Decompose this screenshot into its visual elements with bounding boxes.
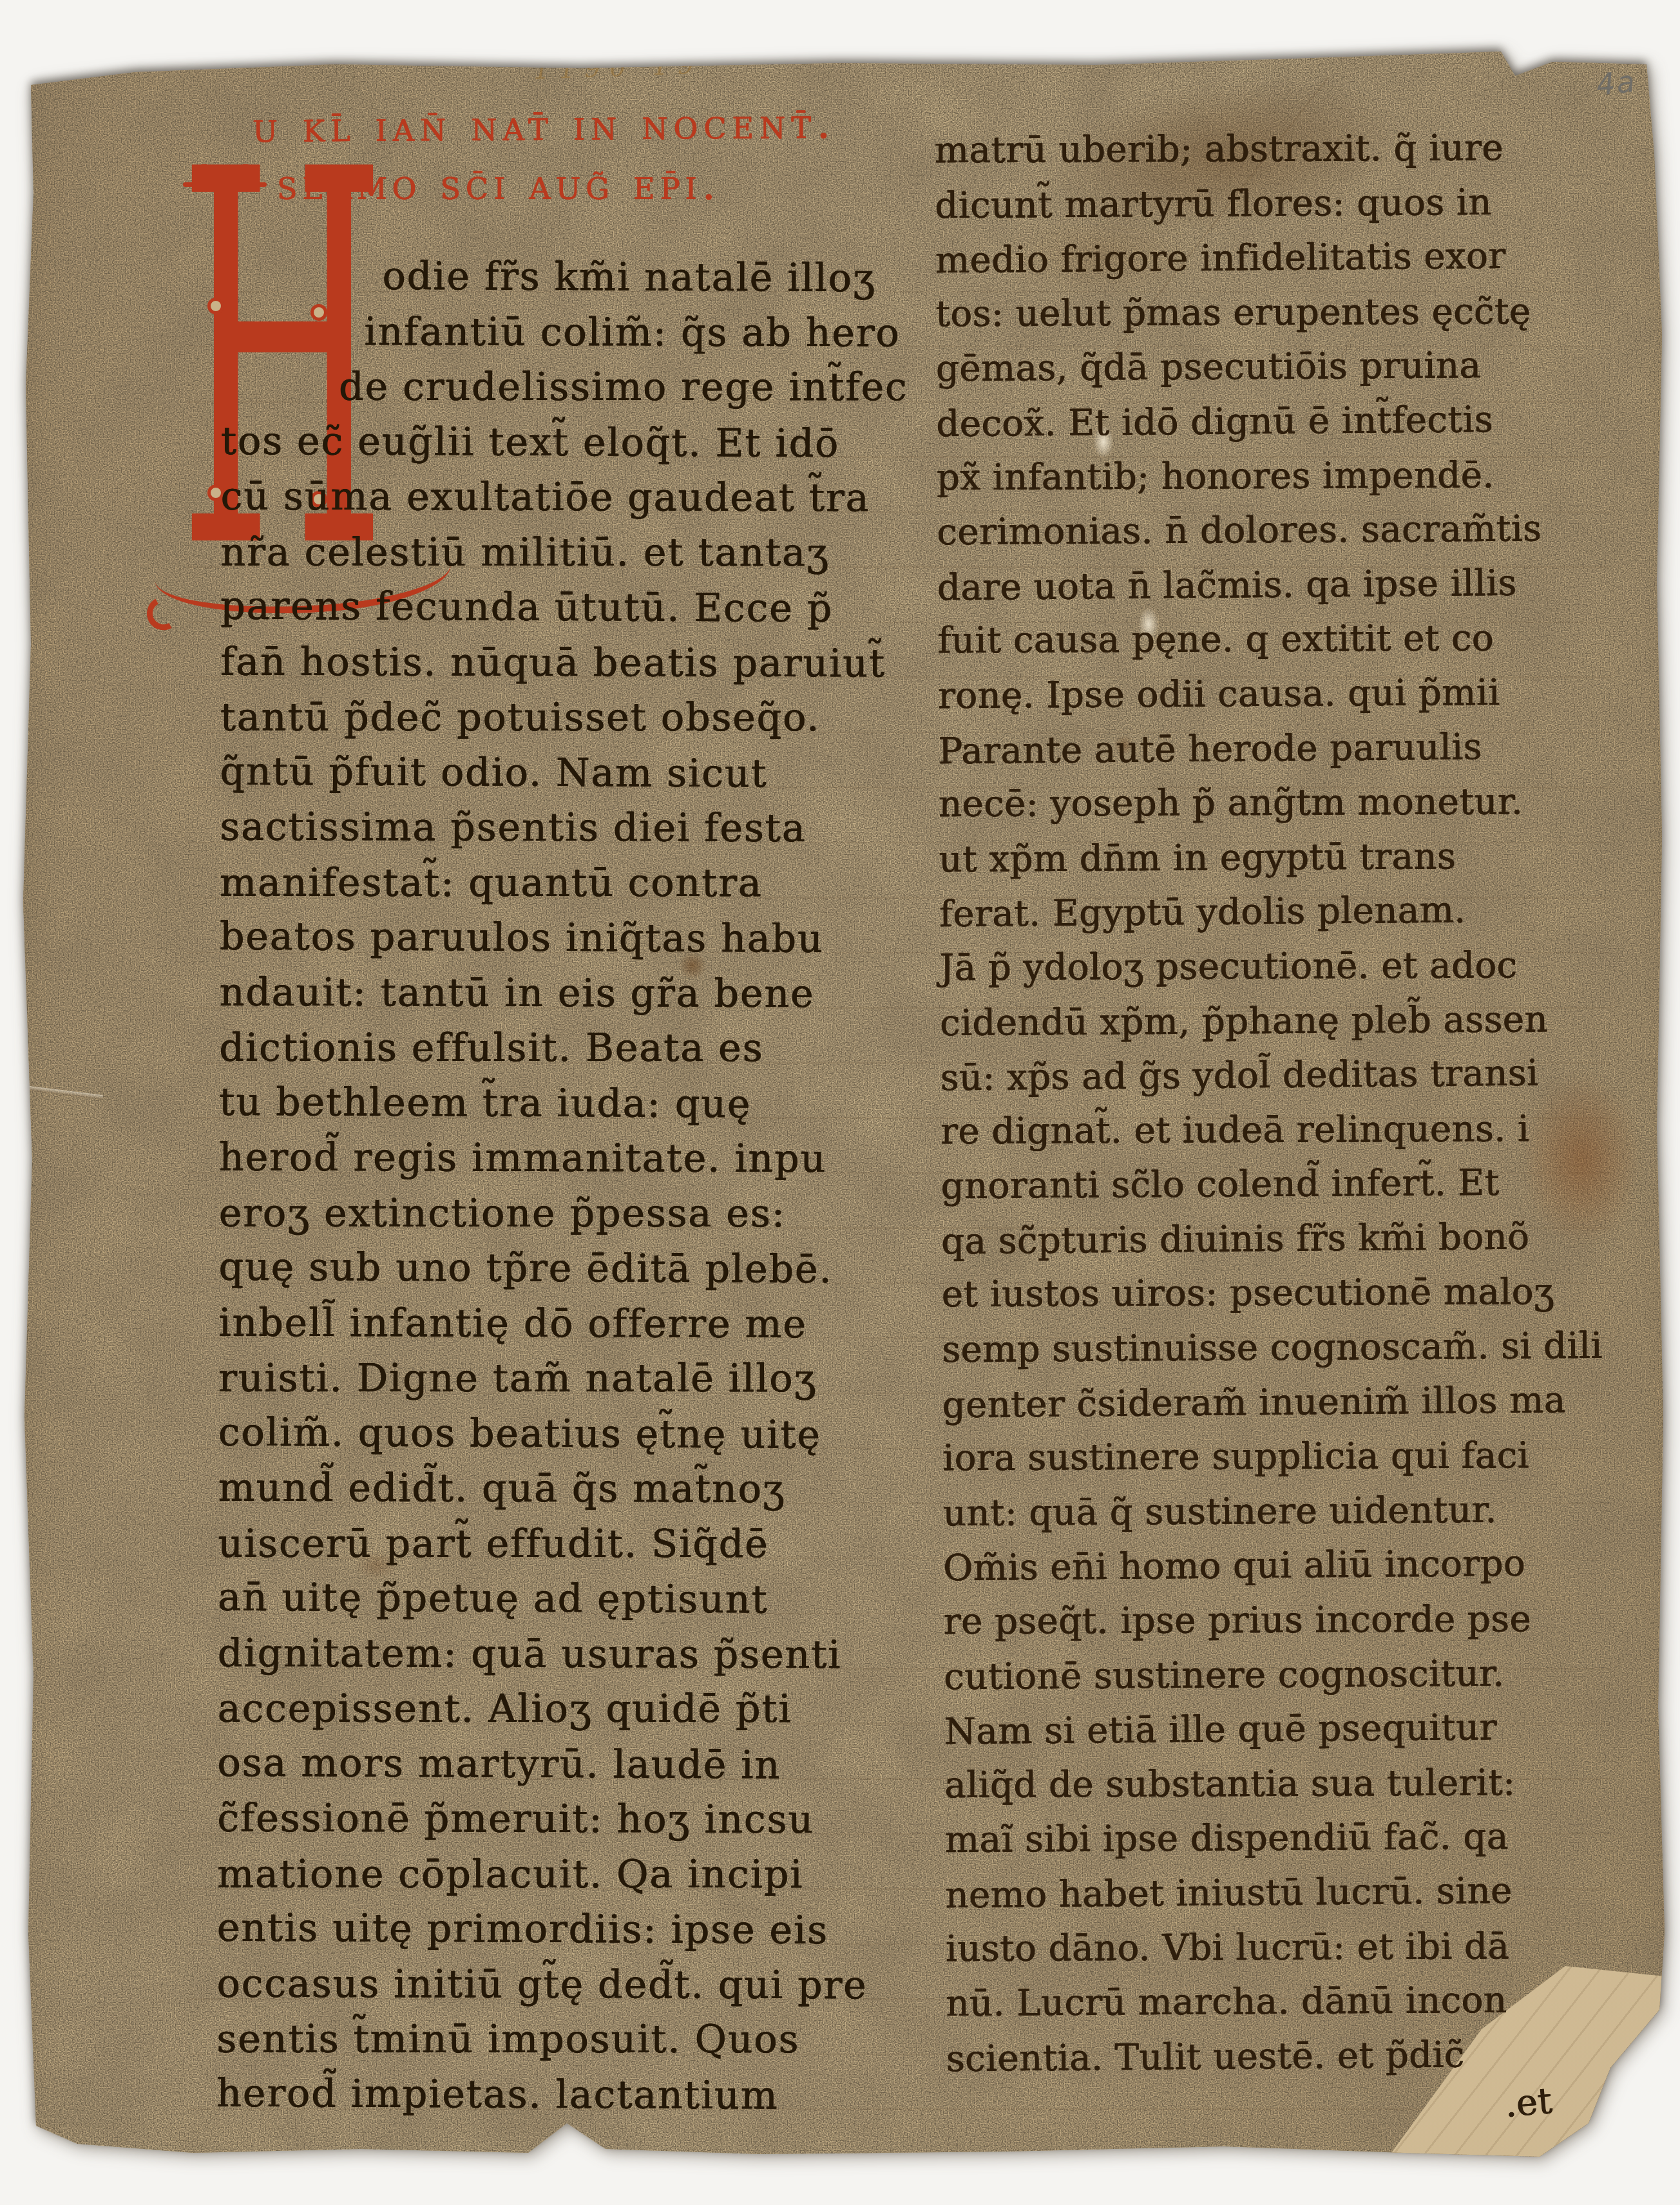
scan-background: 1190 19 4a u kl̄ ian̄ nat̄ in nocent̄. s… — [0, 0, 1680, 2205]
manuscript-text-line: quę sub uno tp̃re ēditā plebē. — [218, 1240, 875, 1298]
manuscript-text-line: ndauit: tantū in eis gr̃a bene — [220, 965, 877, 1022]
manuscript-text-line: px̃ infantib; honores impendē. — [937, 448, 1600, 505]
manuscript-text-line: re dignat̃. et iudeā relinquens. i — [940, 1102, 1604, 1159]
manuscript-text-line: infantiū colim̃: q̃s ab hero — [221, 304, 878, 361]
manuscript-text-line: maĩ sibi ipse dispendiū fac̃. qa — [945, 1809, 1608, 1868]
manuscript-text-line: tos: uelut p̃mas erupentes ęcc̃tę — [935, 285, 1599, 342]
manuscript-text-line: tantū p̃dec̃ potuisset obseq̃o. — [220, 691, 877, 746]
manuscript-text-line: eroʒ extinctione p̃pessa es: — [219, 1186, 876, 1241]
manuscript-text-line: matrū uberib; abstraxit. q̃ iure — [935, 121, 1598, 178]
manuscript-text-line: decox̃. Et idō dignū ē int̃fectis — [936, 392, 1600, 452]
manuscript-text-line: unt: quā q̃ sustinere uidentur. — [943, 1483, 1607, 1542]
manuscript-text-line: dare uota n̄ lac̃mis. qa ipse illis — [937, 556, 1601, 616]
manuscript-text-line: dignitatem: quā usuras p̃senti — [218, 1626, 875, 1683]
manuscript-text-line: ut xp̃m dn̄m in egyptū trans — [939, 829, 1602, 888]
manuscript-text-line: uiscerū part̃ effudit. Siq̃dē — [218, 1516, 875, 1572]
manuscript-text-line: Nam si etiā ille quē psequitur — [944, 1700, 1608, 1760]
manuscript-text-line: necē: yoseph p̃ ang̃tm monetur. — [939, 775, 1602, 832]
manuscript-text-line: fuit causa pęne. q extitit et co — [937, 611, 1601, 669]
manuscript-text-line: Om̃is en̄i homo qui aliū incorpo — [943, 1536, 1607, 1596]
manuscript-text-line: cidendū xp̃m, p̃phanę pleb̃ assen — [940, 992, 1603, 1051]
manuscript-text-line: qa sc̃pturis diuinis fr̃s km̃i bonõ — [941, 1210, 1605, 1270]
manuscript-text-line: dicunt̃ martyrū flores: quos in — [935, 175, 1598, 233]
manuscript-text-line: ronę. Ipse odii causa. qui p̃mii — [938, 665, 1601, 724]
manuscript-text-line: q̃ntū p̃fuit odio. Nam sicut — [220, 744, 877, 802]
manuscript-text-line: gnoranti sc̃lo colend̃ infert̃. Et — [941, 1156, 1605, 1214]
folio-number-pencil: 4a — [1594, 64, 1637, 102]
manuscript-text-line: an̄ uitę p̃petuę ad ęptisunt — [218, 1570, 875, 1628]
manuscript-text-line: nr̃a celestiū militiū. et tantaʒ — [221, 525, 878, 580]
manuscript-text-line: osa mors martyrū. laudē in — [217, 1735, 874, 1793]
catchword: .et — [1503, 2080, 1554, 2126]
manuscript-text-line: scientia. Tulit uestē. et p̃dic̃ — [946, 2027, 1610, 2087]
parchment-leaf: 1190 19 4a u kl̄ ian̄ nat̄ in nocent̄. s… — [0, 0, 1680, 2205]
faded-inscription: 1190 19 — [533, 50, 703, 85]
manuscript-text-line: mund̃ edid̃t. quā q̃s mat̃noʒ — [218, 1461, 875, 1518]
manuscript-text-line: occasus initiū gt̃ę ded̃t. qui pre — [217, 1956, 874, 2013]
manuscript-text-line: ruisti. Digne tam̃ natalē illoʒ — [218, 1351, 875, 1407]
manuscript-text-line: nemo habet iniustū lucrū. sine — [945, 1864, 1609, 1923]
manuscript-text-line: matione cōplacuit. Qa incipi — [217, 1847, 874, 1902]
manuscript-text-line: colim̃. quos beatius ęt̃nę uitę — [218, 1405, 875, 1463]
manuscript-text-line: Parante autē herode paruulis — [938, 719, 1602, 779]
manuscript-text-line: beatos paruulos iniq̃tas habu — [220, 910, 877, 968]
manuscript-text-line: manifestat̃: quantū contra — [220, 855, 877, 911]
manuscript-text-line: nū. Lucrū marcha. dānū incon — [946, 1973, 1609, 2032]
manuscript-text-line: dictionis effulsit. Beata es — [220, 1021, 877, 1076]
text-column-right: matrū uberib; abstraxit. q̃ iuredicunt̃ … — [935, 120, 1610, 2086]
manuscript-text-line: herod̃ regis immanitate. inpu — [219, 1131, 876, 1187]
manuscript-text-line: cerimonias. n̄ dolores. sacram̃tis — [937, 502, 1600, 560]
manuscript-text-line: sactissima p̃sentis diei festa — [220, 800, 877, 857]
manuscript-text-line: parens fecunda ūtutū. Ecce p̃ — [220, 579, 877, 637]
manuscript-text-line: genter c̃sideram̃ inuenim̃ illos ma — [942, 1373, 1607, 1433]
manuscript-text-line: Jā p̃ ydoloʒ psecutionē. et adoc — [940, 939, 1603, 996]
manuscript-text-line: sū: xp̃s ad g̃s ydol̃ deditas transi — [940, 1046, 1604, 1106]
manuscript-text-line: semp sustinuisse cognoscam̃. si dili — [942, 1319, 1605, 1378]
manuscript-text-line: iora sustinere supplicia qui faci — [942, 1429, 1606, 1486]
manuscript-text-line: ferat. Egyptū ydolis plenam. — [939, 883, 1603, 942]
manuscript-text-line: cutionē sustinere cognoscitur. — [944, 1646, 1607, 1704]
manuscript-text-line: medio frigore infidelitatis exor — [935, 229, 1599, 289]
manuscript-text-line: et iustos uiros: psecutionē maloʒ — [942, 1265, 1605, 1322]
crease — [19, 1085, 103, 1100]
manuscript-text-line: accepissent. Alioʒ quidē p̃ti — [218, 1682, 875, 1737]
manuscript-text-line: entis uitę primordiis: ipse eis — [217, 1901, 874, 1959]
manuscript-text-line: tos ec̃ eug̃lii text̃ eloq̃t. Et idō — [221, 414, 878, 472]
text-column-left: odie fr̃s km̃i natalē illoʒinfantiū coli… — [216, 249, 879, 2124]
manuscript-text-line: c̃fessionē p̃meruit: hoʒ incsu — [217, 1791, 874, 1848]
manuscript-text-line: tu bethleem t̃ra iuda: quę — [219, 1074, 876, 1132]
manuscript-text-line: aliq̃d de substantia sua tulerit: — [944, 1756, 1608, 1813]
manuscript-text-line: re pseq̃t. ipse prius incorde pse — [944, 1592, 1607, 1650]
manuscript-text-line: sentis t̃minū imposuit. Quos — [217, 2012, 874, 2068]
manuscript-text-line: iusto dāno. Vbi lucrū: et ibi dā — [946, 1919, 1609, 1976]
manuscript-text-line: cū sūma exultatiōe gaudeat t̃ra — [221, 470, 878, 526]
manuscript-text-line: fan̄ hostis. nūquā beatis paruiut̃ — [220, 635, 877, 691]
manuscript-text-line: odie fr̃s km̃i natalē illoʒ — [222, 249, 879, 307]
manuscript-text-line: gēmas, q̃dā psecutiōis pruina — [936, 338, 1599, 397]
manuscript-text-line: herod̃ impietas. lactantium — [216, 2066, 873, 2124]
manuscript-text-line: de crudelissimo rege int̃fec — [221, 360, 878, 415]
manuscript-text-line: inbell̃ infantię dō offerre me — [218, 1295, 875, 1352]
